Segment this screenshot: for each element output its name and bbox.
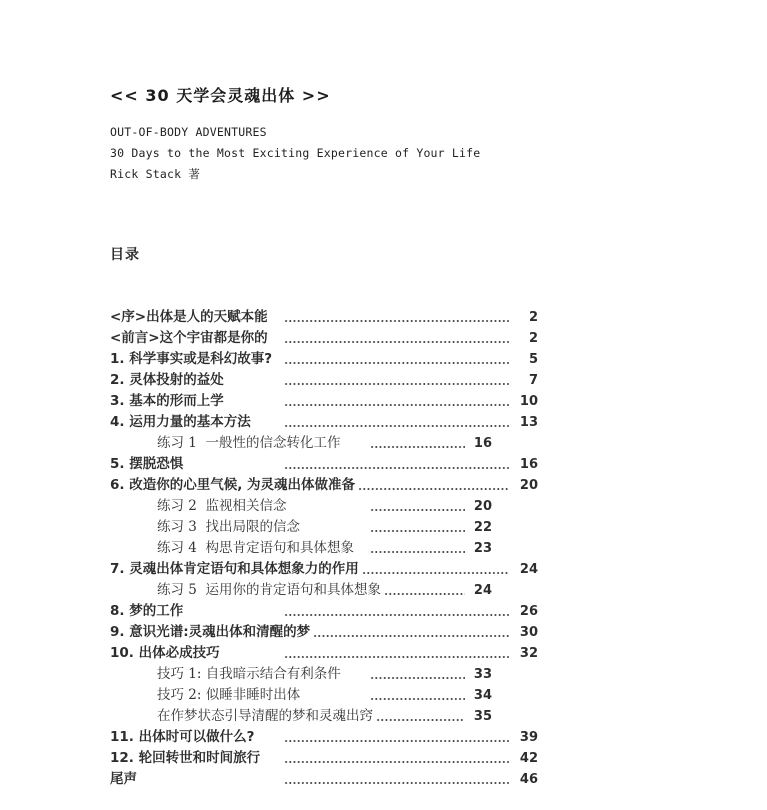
toc-entry-page: 22 — [472, 517, 492, 538]
toc-leader-dots — [370, 685, 465, 706]
toc-entry-page: 10 — [516, 391, 538, 412]
toc-leader-dots — [362, 559, 509, 580]
toc-entry-title: 12. 轮回转世和时间旅行 — [110, 748, 281, 769]
toc-leader-dots — [284, 328, 509, 349]
toc-entry: 7. 灵魂出体肯定语句和具体想象力的作用24 — [110, 559, 538, 580]
book-subtitle-tagline: 30 Days to the Most Exciting Experience … — [110, 143, 480, 164]
toc-leader-dots — [370, 496, 465, 517]
toc-entry: 练习 1 一般性的信念转化工作16 — [157, 433, 492, 454]
toc-entry-title: 6. 改造你的心里气候, 为灵魂出体做准备 — [110, 475, 355, 496]
toc-list: <序>出体是人的天赋本能2<前言>这个宇宙都是你的21. 科学事实或是科幻故事?… — [110, 307, 538, 790]
toc-leader-dots — [358, 475, 509, 496]
toc-leader-dots — [370, 517, 465, 538]
toc-entry-title: 技巧 2: 似睡非睡时出体 — [157, 685, 367, 706]
toc-entry-title: 技巧 1: 自我暗示结合有利条件 — [157, 664, 367, 685]
toc-leader-dots — [370, 538, 465, 559]
toc-entry-title: 1. 科学事实或是科幻故事? — [110, 349, 281, 370]
toc-entry-page: 39 — [516, 727, 538, 748]
toc-entry: <前言>这个宇宙都是你的2 — [110, 328, 538, 349]
toc-entry-title: 4. 运用力量的基本方法 — [110, 412, 281, 433]
toc-leader-dots — [384, 580, 465, 601]
toc-entry: 1. 科学事实或是科幻故事?5 — [110, 349, 538, 370]
toc-leader-dots — [284, 643, 509, 664]
toc-entry-title: 练习 2 监视相关信念 — [157, 496, 367, 517]
toc-entry-page: 42 — [516, 748, 538, 769]
toc-entry: 练习 5 运用你的肯定语句和具体想象24 — [157, 580, 492, 601]
book-title: << 30 天学会灵魂出体 >> — [110, 86, 480, 105]
book-author: Rick Stack 著 — [110, 164, 480, 185]
toc-entry-page: 16 — [516, 454, 538, 475]
toc-entry-page: 35 — [472, 706, 492, 727]
toc-entry: 练习 4 构思肯定语句和具体想象23 — [157, 538, 492, 559]
toc-entry-page: 20 — [516, 475, 538, 496]
toc-entry-title: 10. 出体必成技巧 — [110, 643, 281, 664]
toc-entry-page: 24 — [472, 580, 492, 601]
toc-entry-page: 46 — [516, 769, 538, 790]
toc-entry-page: 23 — [472, 538, 492, 559]
toc-entry-title: 7. 灵魂出体肯定语句和具体想象力的作用 — [110, 559, 359, 580]
toc-entry: 在作梦状态引导清醒的梦和灵魂出窍35 — [157, 706, 492, 727]
book-subtitle-english: OUT-OF-BODY ADVENTURES — [110, 122, 480, 143]
toc-entry-page: 26 — [516, 601, 538, 622]
toc-entry-title: 练习 1 一般性的信念转化工作 — [157, 433, 367, 454]
toc-entry-page: 2 — [516, 328, 538, 349]
toc-entry: <序>出体是人的天赋本能2 — [110, 307, 538, 328]
toc-entry: 9. 意识光谱:灵魂出体和清醒的梦30 — [110, 622, 538, 643]
toc-entry-title: <前言>这个宇宙都是你的 — [110, 328, 281, 349]
toc-leader-dots — [284, 412, 509, 433]
toc-entry-page: 7 — [516, 370, 538, 391]
toc-leader-dots — [284, 307, 509, 328]
toc-entry-title: 3. 基本的形而上学 — [110, 391, 281, 412]
toc-entry-title: 练习 4 构思肯定语句和具体想象 — [157, 538, 367, 559]
toc-entry: 8. 梦的工作26 — [110, 601, 538, 622]
toc-entry-page: 34 — [472, 685, 492, 706]
toc-leader-dots — [313, 622, 509, 643]
toc-leader-dots — [284, 769, 509, 790]
toc-entry: 4. 运用力量的基本方法13 — [110, 412, 538, 433]
toc-entry: 练习 2 监视相关信念20 — [157, 496, 492, 517]
toc-entry-title: 在作梦状态引导清醒的梦和灵魂出窍 — [157, 706, 373, 727]
toc-entry-title: 练习 3 找出局限的信念 — [157, 517, 367, 538]
toc-entry: 技巧 1: 自我暗示结合有利条件33 — [157, 664, 492, 685]
toc-entry-title: <序>出体是人的天赋本能 — [110, 307, 281, 328]
toc-entry-page: 2 — [516, 307, 538, 328]
toc-leader-dots — [284, 748, 509, 769]
toc-entry: 10. 出体必成技巧32 — [110, 643, 538, 664]
toc-entry-page: 33 — [472, 664, 492, 685]
toc-entry-page: 32 — [516, 643, 538, 664]
toc-leader-dots — [284, 370, 509, 391]
toc-entry-title: 尾声 — [110, 769, 281, 790]
toc-entry-page: 30 — [516, 622, 538, 643]
toc-entry-title: 11. 出体时可以做什么? — [110, 727, 281, 748]
toc-entry-title: 练习 5 运用你的肯定语句和具体想象 — [157, 580, 381, 601]
book-subtitles: OUT-OF-BODY ADVENTURES 30 Days to the Mo… — [110, 122, 480, 185]
toc-entry-page: 5 — [516, 349, 538, 370]
toc-entry-title: 9. 意识光谱:灵魂出体和清醒的梦 — [110, 622, 310, 643]
toc-entry: 6. 改造你的心里气候, 为灵魂出体做准备20 — [110, 475, 538, 496]
toc-entry: 5. 摆脱恐惧16 — [110, 454, 538, 475]
document-header: << 30 天学会灵魂出体 >> OUT-OF-BODY ADVENTURES … — [110, 86, 480, 185]
toc-entry-title: 8. 梦的工作 — [110, 601, 281, 622]
toc-leader-dots — [284, 391, 509, 412]
toc-leader-dots — [370, 433, 465, 454]
toc-entry: 11. 出体时可以做什么?39 — [110, 727, 538, 748]
document-page: << 30 天学会灵魂出体 >> OUT-OF-BODY ADVENTURES … — [0, 0, 767, 810]
toc-leader-dots — [370, 664, 465, 685]
toc-entry: 12. 轮回转世和时间旅行42 — [110, 748, 538, 769]
toc-leader-dots — [284, 601, 509, 622]
toc-leader-dots — [284, 454, 509, 475]
toc-entry: 3. 基本的形而上学10 — [110, 391, 538, 412]
toc-leader-dots — [284, 727, 509, 748]
toc-leader-dots — [284, 349, 509, 370]
toc-entry-page: 24 — [516, 559, 538, 580]
toc-leader-dots — [376, 706, 465, 727]
toc-entry-page: 13 — [516, 412, 538, 433]
toc-entry: 2. 灵体投射的益处7 — [110, 370, 538, 391]
toc-entry: 技巧 2: 似睡非睡时出体34 — [157, 685, 492, 706]
toc-entry-page: 20 — [472, 496, 492, 517]
toc-entry: 练习 3 找出局限的信念22 — [157, 517, 492, 538]
toc-entry-page: 16 — [472, 433, 492, 454]
toc-heading: 目录 — [110, 244, 140, 264]
toc-entry-title: 5. 摆脱恐惧 — [110, 454, 281, 475]
toc-entry-title: 2. 灵体投射的益处 — [110, 370, 281, 391]
toc-entry: 尾声46 — [110, 769, 538, 790]
